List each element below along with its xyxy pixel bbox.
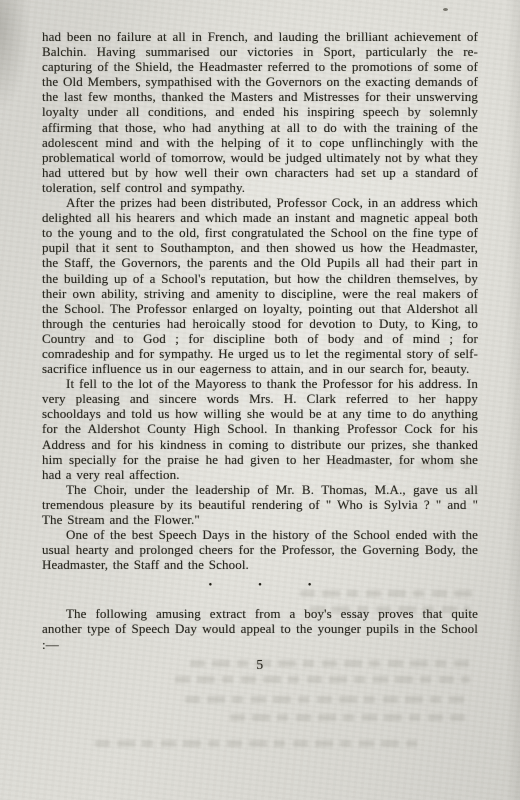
page-edge-shadow (506, 0, 520, 800)
body-text-block: had been no failure at all in French, an… (42, 29, 478, 672)
paragraph: After the prizes had been distributed, P… (42, 195, 478, 376)
paragraph: The Choir, under the leadership of Mr. B… (42, 482, 478, 527)
corner-smudge-artifact (0, 0, 30, 110)
section-separator: • • • (42, 581, 478, 591)
paragraph-continuation: had been no failure at all in French, an… (42, 29, 478, 195)
ink-bleed-artifact (95, 740, 425, 747)
ink-speck-artifact (443, 8, 448, 11)
asterisk-glyph: • (258, 581, 262, 591)
asterisk-glyph: • (308, 581, 312, 591)
paragraph: The following amusing extract from a boy… (42, 606, 478, 651)
asterisk-glyph: • (209, 581, 213, 591)
paragraph: It fell to the lot of the Mayoress to th… (42, 376, 478, 482)
page-number: 5 (42, 657, 478, 672)
scanned-page: had been no failure at all in French, an… (0, 0, 520, 800)
ink-bleed-artifact (230, 714, 465, 721)
paragraph: One of the best Speech Days in the histo… (42, 527, 478, 572)
ink-bleed-artifact (185, 696, 470, 703)
ink-bleed-artifact (175, 676, 470, 683)
